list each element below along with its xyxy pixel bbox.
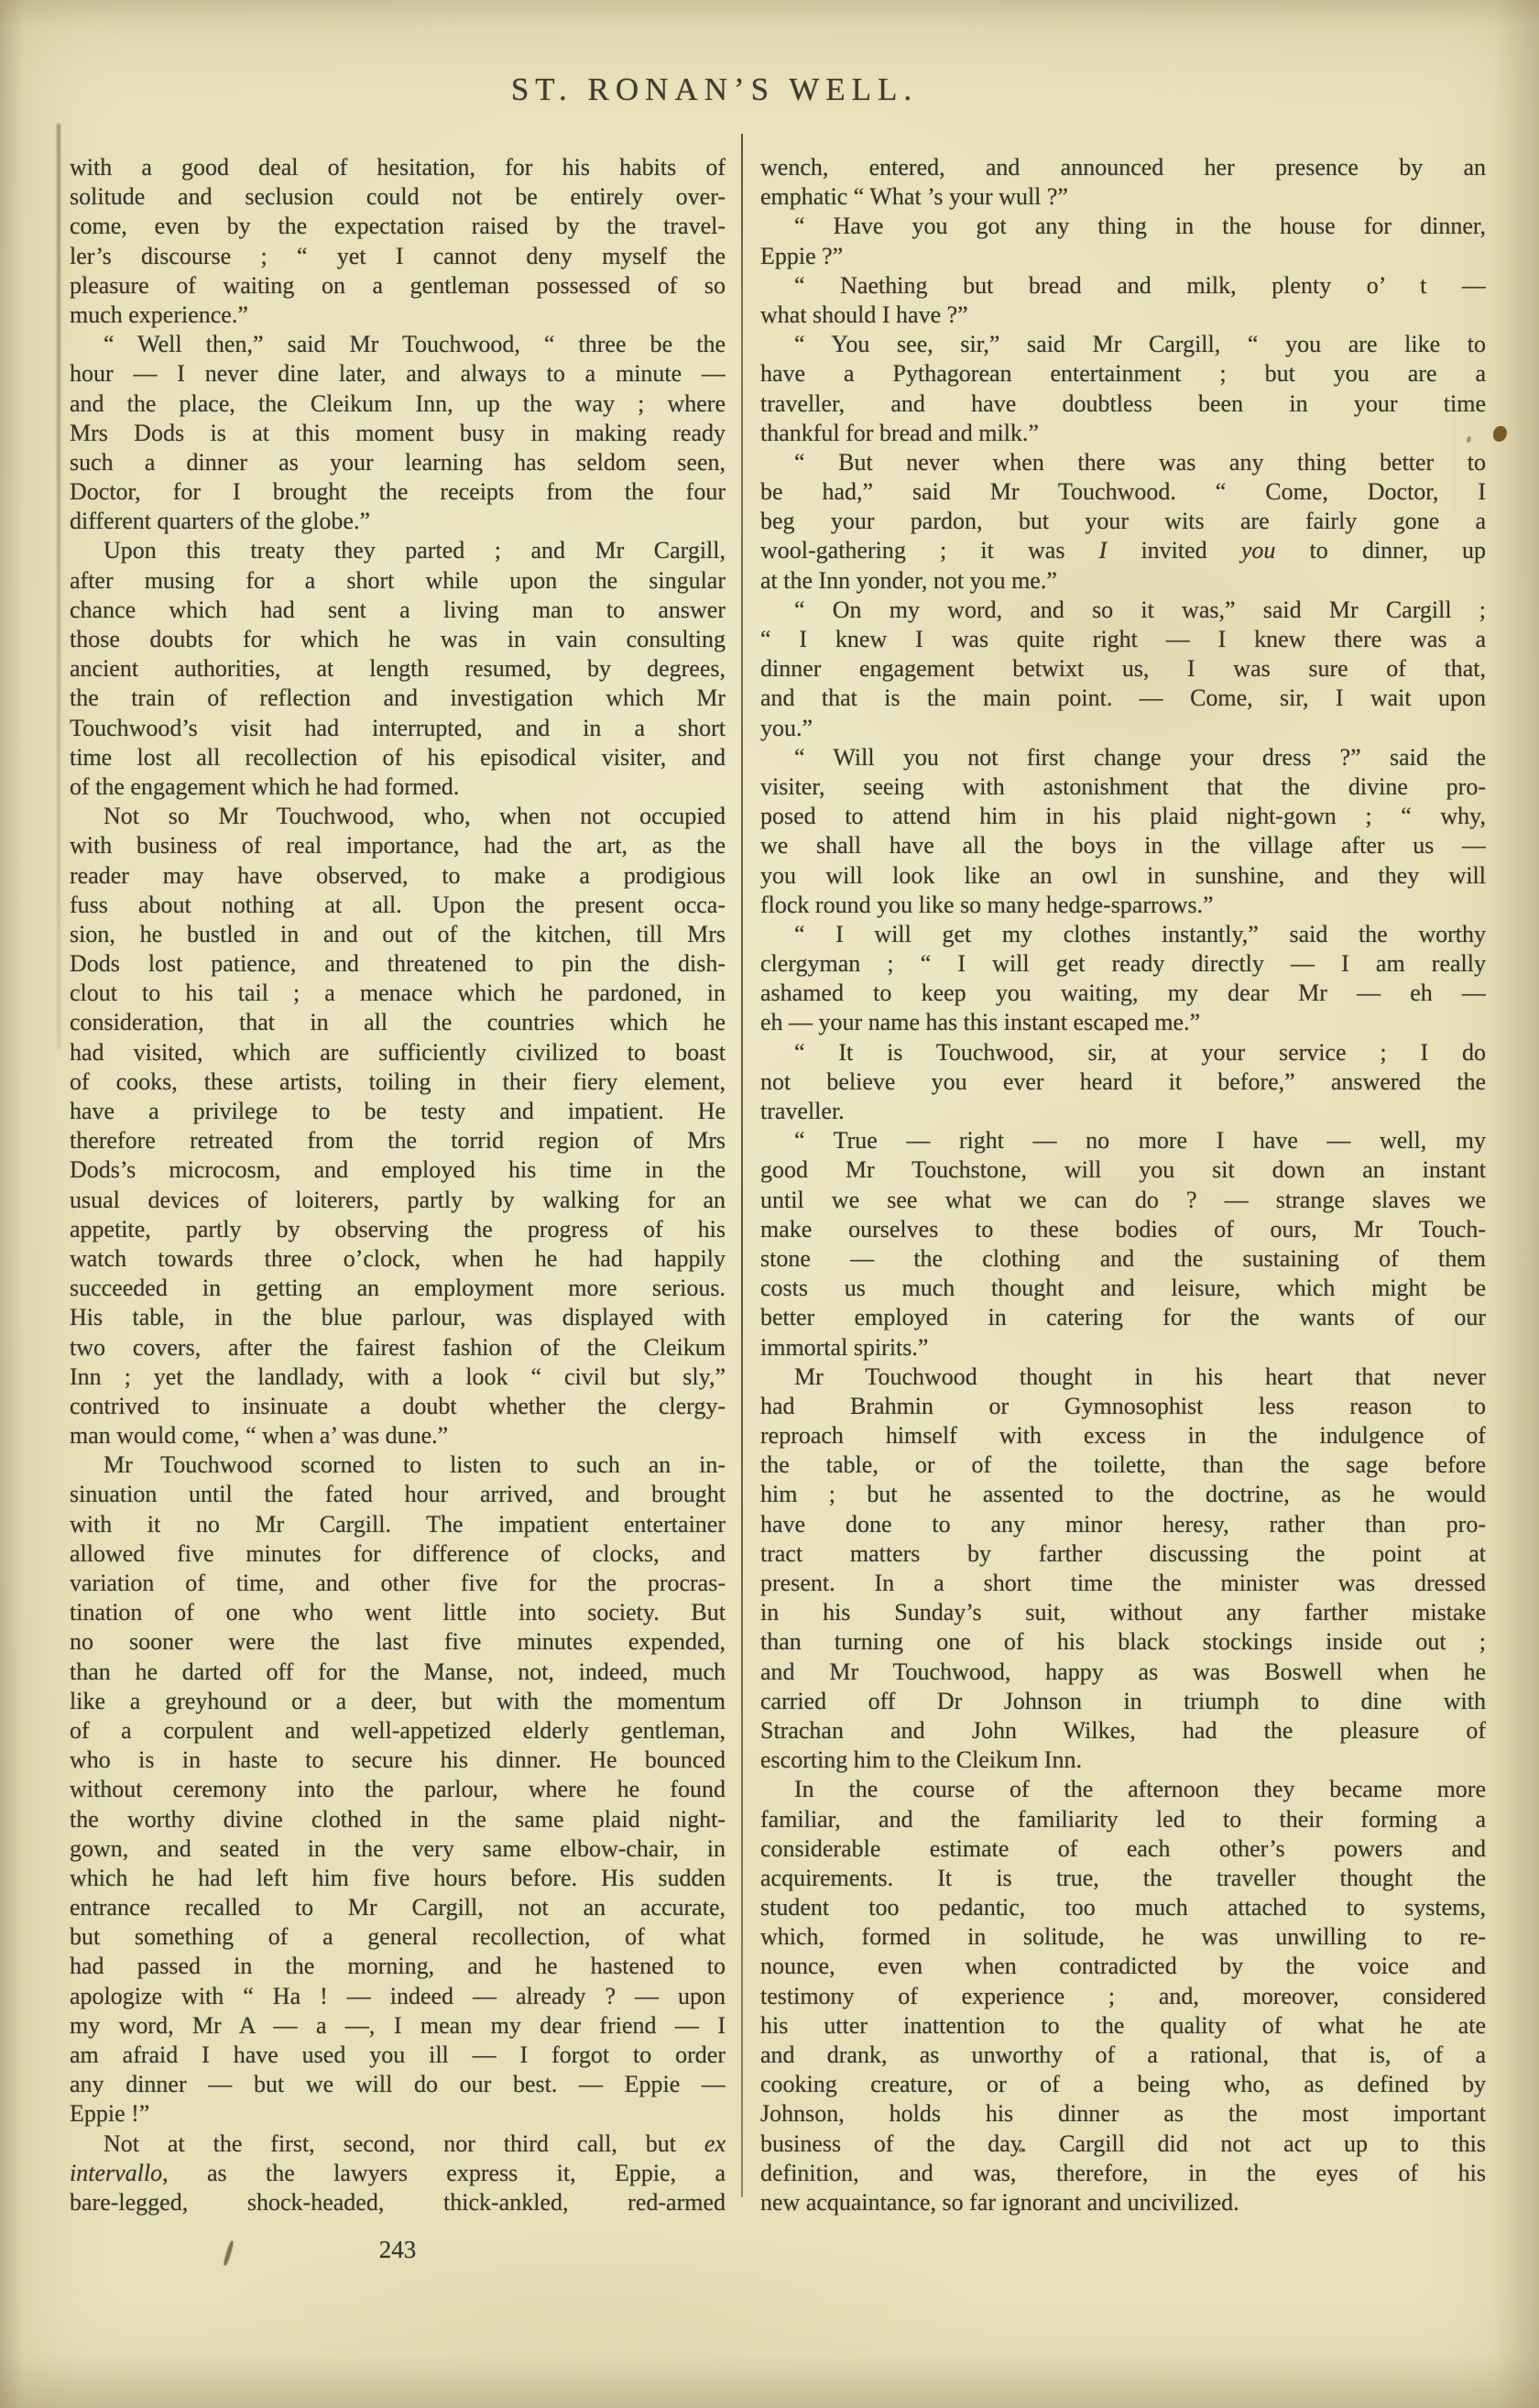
text-line: watch towards three o’clock, when he had…: [70, 1244, 726, 1274]
text-line: wench, entered, and announced her presen…: [760, 153, 1486, 182]
text-line: what should I have ?”: [760, 301, 1486, 330]
text-line: new acquaintance, so far ignorant and un…: [760, 2188, 1486, 2217]
right-column: wench, entered, and announced her presen…: [760, 153, 1486, 2217]
text-line: beg your pardon, but your wits are fairl…: [760, 507, 1486, 536]
text-line: but something of a general recollection,…: [70, 1922, 726, 1952]
scan-edge-streak: [57, 124, 60, 1049]
text-line: him ; but he assented to the doctrine, a…: [760, 1480, 1486, 1509]
text-line: “ But never when there was any thing bet…: [760, 448, 1486, 477]
text-line: with business of real importance, had th…: [70, 831, 726, 860]
text-line: of the engagement which he had formed.: [70, 772, 726, 802]
text-line: “ You see, sir,” said Mr Cargill, “ you …: [760, 330, 1486, 359]
text-line: Not at the first, second, nor third call…: [70, 2129, 726, 2159]
text-line: acquirements. It is true, the traveller …: [760, 1864, 1486, 1893]
dust-speck: [1019, 2148, 1023, 2152]
text-line: solitude and seclusion could not be enti…: [70, 182, 726, 212]
text-line: we shall have all the boys in the villag…: [760, 831, 1486, 860]
text-line: no sooner were the last five minutes exp…: [70, 1627, 726, 1657]
text-line: man would come, “ when a’ was dune.”: [70, 1421, 726, 1450]
ink-speck: [1493, 426, 1507, 442]
text-line: “ It is Touchwood, sir, at your service …: [760, 1038, 1486, 1067]
text-line: reader may have observed, to make a prod…: [70, 861, 726, 891]
text-line: contrived to insinuate a doubt whether t…: [70, 1392, 726, 1421]
text-line: posed to attend him in his plaid night-g…: [760, 802, 1486, 831]
text-line: without ceremony into the parlour, where…: [70, 1775, 726, 1804]
text-line: bare-legged, shock-headed, thick-ankled,…: [70, 2188, 726, 2217]
text-line: “ True — right — no more I have — well, …: [760, 1126, 1486, 1155]
text-line: variation of time, and other five for th…: [70, 1569, 726, 1598]
text-line: not believe you ever heard it before,” a…: [760, 1067, 1486, 1097]
text-line: appetite, partly by observing the progre…: [70, 1215, 726, 1244]
text-line: thankful for bread and milk.”: [760, 419, 1486, 448]
pen-mark: [223, 2240, 235, 2266]
text-line: student too pedantic, too much attached …: [760, 1893, 1486, 1922]
text-line: the worthy divine clothed in the same pl…: [70, 1805, 726, 1834]
text-line: than turning one of his black stockings …: [760, 1627, 1486, 1657]
text-line: better employed in catering for the want…: [760, 1303, 1486, 1332]
text-line: and drank, as unworthy of a rational, th…: [760, 2041, 1486, 2070]
text-line: such a dinner as your learning has seldo…: [70, 448, 726, 477]
text-line: business of the day. Cargill did not act…: [760, 2129, 1486, 2159]
text-line: Eppie ?”: [760, 242, 1486, 271]
text-line: gown, and seated in the very same elbow-…: [70, 1834, 726, 1864]
text-line: clout to his tail ; a menace which he pa…: [70, 979, 726, 1008]
text-line: and that is the main point. — Come, sir,…: [760, 684, 1486, 713]
text-line: which, formed in solitude, he was unwill…: [760, 1922, 1486, 1952]
text-line: sion, he bustled in and out of the kitch…: [70, 920, 726, 949]
text-line: in his Sunday’s suit, without any farthe…: [760, 1598, 1486, 1627]
text-line: testimony of experience ; and, moreover,…: [760, 1982, 1486, 2011]
text-line: of a corpulent and well-appetized elderl…: [70, 1716, 726, 1746]
text-line: “ I will get my clothes instantly,” said…: [760, 920, 1486, 949]
text-line: familiar, and the familiarity led to the…: [760, 1805, 1486, 1834]
text-line: much experience.”: [70, 301, 726, 330]
page-number: 243: [329, 2236, 466, 2264]
text-line: reproach himself with excess in the indu…: [760, 1421, 1486, 1450]
text-line: eh — your name has this instant escaped …: [760, 1008, 1486, 1037]
text-line: usual devices of loiterers, partly by wa…: [70, 1186, 726, 1215]
text-line: therefore retreated from the torrid regi…: [70, 1126, 726, 1155]
text-line: dinner engagement betwixt us, I was sure…: [760, 654, 1486, 684]
text-line: until we see what we can do ? — strange …: [760, 1186, 1486, 1215]
text-line: escorting him to the Cleikum Inn.: [760, 1746, 1486, 1775]
text-line: my word, Mr A — a —, I mean my dear frie…: [70, 2011, 726, 2041]
text-line: make ourselves to these bodies of ours, …: [760, 1215, 1486, 1244]
text-line: emphatic “ What ’s your wull ?”: [760, 182, 1486, 212]
text-line: like a greyhound or a deer, but with the…: [70, 1687, 726, 1716]
text-line: Dods lost patience, and threatened to pi…: [70, 949, 726, 979]
text-line: am afraid I have used you ill — I forgot…: [70, 2041, 726, 2070]
text-line: and Mr Touchwood, happy as was Boswell w…: [760, 1658, 1486, 1687]
text-line: definition, and was, therefore, in the e…: [760, 2159, 1486, 2188]
text-line: Doctor, for I brought the receipts from …: [70, 477, 726, 507]
text-line: Mr Touchwood thought in his heart that n…: [760, 1363, 1486, 1392]
text-line: at the Inn yonder, not you me.”: [760, 566, 1486, 596]
text-line: “ Well then,” said Mr Touchwood, “ three…: [70, 330, 726, 359]
text-line: which he had left him five hours before.…: [70, 1864, 726, 1893]
column-divider: [741, 134, 743, 2197]
text-line: with a good deal of hesitation, for his …: [70, 153, 726, 182]
text-line: His table, in the blue parlour, was disp…: [70, 1303, 726, 1332]
text-line: “ Have you got any thing in the house fo…: [760, 212, 1486, 241]
text-line: fuss about nothing at all. Upon the pres…: [70, 891, 726, 920]
text-line: you will look like an owl in sunshine, a…: [760, 861, 1486, 891]
text-line: had passed in the morning, and he hasten…: [70, 1952, 726, 1981]
text-line: and the place, the Cleikum Inn, up the w…: [70, 389, 726, 419]
text-line: intervallo, as the lawyers express it, E…: [70, 2159, 726, 2188]
book-page: ST. RONAN’S WELL. with a good deal of he…: [0, 0, 1539, 2408]
text-line: wool-gathering ; it was I invited you to…: [760, 536, 1486, 565]
text-line: stone — the clothing and the sustaining …: [760, 1244, 1486, 1274]
text-line: nounce, even when contradicted by the vo…: [760, 1952, 1486, 1981]
text-line: apologize with “ Ha ! — indeed — already…: [70, 1982, 726, 2011]
text-line: Not so Mr Touchwood, who, when not occup…: [70, 802, 726, 831]
text-line: ashamed to keep you waiting, my dear Mr …: [760, 979, 1486, 1008]
text-line: be had,” said Mr Touchwood. “ Come, Doct…: [760, 477, 1486, 507]
text-line: different quarters of the globe.”: [70, 507, 726, 536]
text-line: have a Pythagorean entertainment ; but y…: [760, 359, 1486, 389]
text-line: Touchwood’s visit had interrupted, and i…: [70, 714, 726, 743]
text-line: Eppie !”: [70, 2099, 726, 2129]
text-line: entrance recalled to Mr Cargill, not an …: [70, 1893, 726, 1922]
text-line: had Brahmin or Gymnosophist less reason …: [760, 1392, 1486, 1421]
left-column: with a good deal of hesitation, for his …: [70, 153, 726, 2217]
text-line: carried off Dr Johnson in triumph to din…: [760, 1687, 1486, 1716]
text-line: Strachan and John Wilkes, had the pleasu…: [760, 1716, 1486, 1746]
text-line: with it no Mr Cargill. The impatient ent…: [70, 1510, 726, 1539]
text-line: time lost all recollection of his episod…: [70, 743, 726, 772]
text-line: two covers, after the fairest fashion of…: [70, 1333, 726, 1363]
text-line: considerable estimate of each other’s po…: [760, 1834, 1486, 1864]
text-line: any dinner — but we will do our best. — …: [70, 2070, 726, 2099]
text-line: clergyman ; “ I will get ready directly …: [760, 949, 1486, 979]
text-line: have a privilege to be testy and impatie…: [70, 1097, 726, 1126]
text-line: pleasure of waiting on a gentleman posse…: [70, 271, 726, 301]
text-line: Upon this treaty they parted ; and Mr Ca…: [70, 536, 726, 565]
text-line: good Mr Touchstone, will you sit down an…: [760, 1155, 1486, 1185]
text-line: than he darted off for the Manse, not, i…: [70, 1658, 726, 1687]
text-line: who is in haste to secure his dinner. He…: [70, 1746, 726, 1775]
page-header: ST. RONAN’S WELL.: [348, 71, 1081, 108]
text-line: traveller, and have doubtless been in yo…: [760, 389, 1486, 419]
text-line: ler’s discourse ; “ yet I cannot deny my…: [70, 242, 726, 271]
text-line: allowed five minutes for difference of c…: [70, 1539, 726, 1569]
text-line: flock round you like so many hedge-sparr…: [760, 891, 1486, 920]
text-line: those doubts for which he was in vain co…: [70, 625, 726, 654]
text-line: Dods’s microcosm, and employed his time …: [70, 1155, 726, 1185]
text-line: In the course of the afternoon they beca…: [760, 1775, 1486, 1804]
text-line: costs us much thought and leisure, which…: [760, 1274, 1486, 1303]
text-line: present. In a short time the minister wa…: [760, 1569, 1486, 1598]
text-line: “ Will you not first change your dress ?…: [760, 743, 1486, 772]
text-line: ancient authorities, at length resumed, …: [70, 654, 726, 684]
text-line: visiter, seeing with astonishment that t…: [760, 772, 1486, 802]
text-line: the table, or of the toilette, than the …: [760, 1450, 1486, 1480]
text-line: you.”: [760, 714, 1486, 743]
text-line: his utter inattention to the quality of …: [760, 2011, 1486, 2041]
text-line: of cooks, these artists, toiling in thei…: [70, 1067, 726, 1097]
text-line: Mr Touchwood scorned to listen to such a…: [70, 1450, 726, 1480]
text-line: come, even by the expectation raised by …: [70, 212, 726, 241]
text-line: chance which had sent a living man to an…: [70, 596, 726, 625]
text-line: “ On my word, and so it was,” said Mr Ca…: [760, 596, 1486, 625]
text-line: Inn ; yet the landlady, with a look “ ci…: [70, 1363, 726, 1392]
text-line: succeeded in getting an employment more …: [70, 1274, 726, 1303]
text-line: “ I knew I was quite right — I knew ther…: [760, 625, 1486, 654]
text-line: tination of one who went little into soc…: [70, 1598, 726, 1627]
text-line: immortal spirits.”: [760, 1333, 1486, 1363]
paper-blotch: [183, 2227, 1008, 2392]
text-line: hour — I never dine later, and always to…: [70, 359, 726, 389]
text-line: cooking creature, or of a being who, as …: [760, 2070, 1486, 2099]
text-line: had visited, which are sufficiently civi…: [70, 1038, 726, 1067]
text-line: Mrs Dods is at this moment busy in makin…: [70, 419, 726, 448]
text-line: sinuation until the fated hour arrived, …: [70, 1480, 726, 1509]
text-line: after musing for a short while upon the …: [70, 566, 726, 596]
text-line: have done to any minor heresy, rather th…: [760, 1510, 1486, 1539]
text-line: traveller.: [760, 1097, 1486, 1126]
text-line: consideration, that in all the countries…: [70, 1008, 726, 1037]
text-line: “ Naething but bread and milk, plenty o’…: [760, 271, 1486, 301]
text-line: Johnson, holds his dinner as the most im…: [760, 2099, 1486, 2129]
text-line: the train of reflection and investigatio…: [70, 684, 726, 713]
text-line: tract matters by farther discussing the …: [760, 1539, 1486, 1569]
